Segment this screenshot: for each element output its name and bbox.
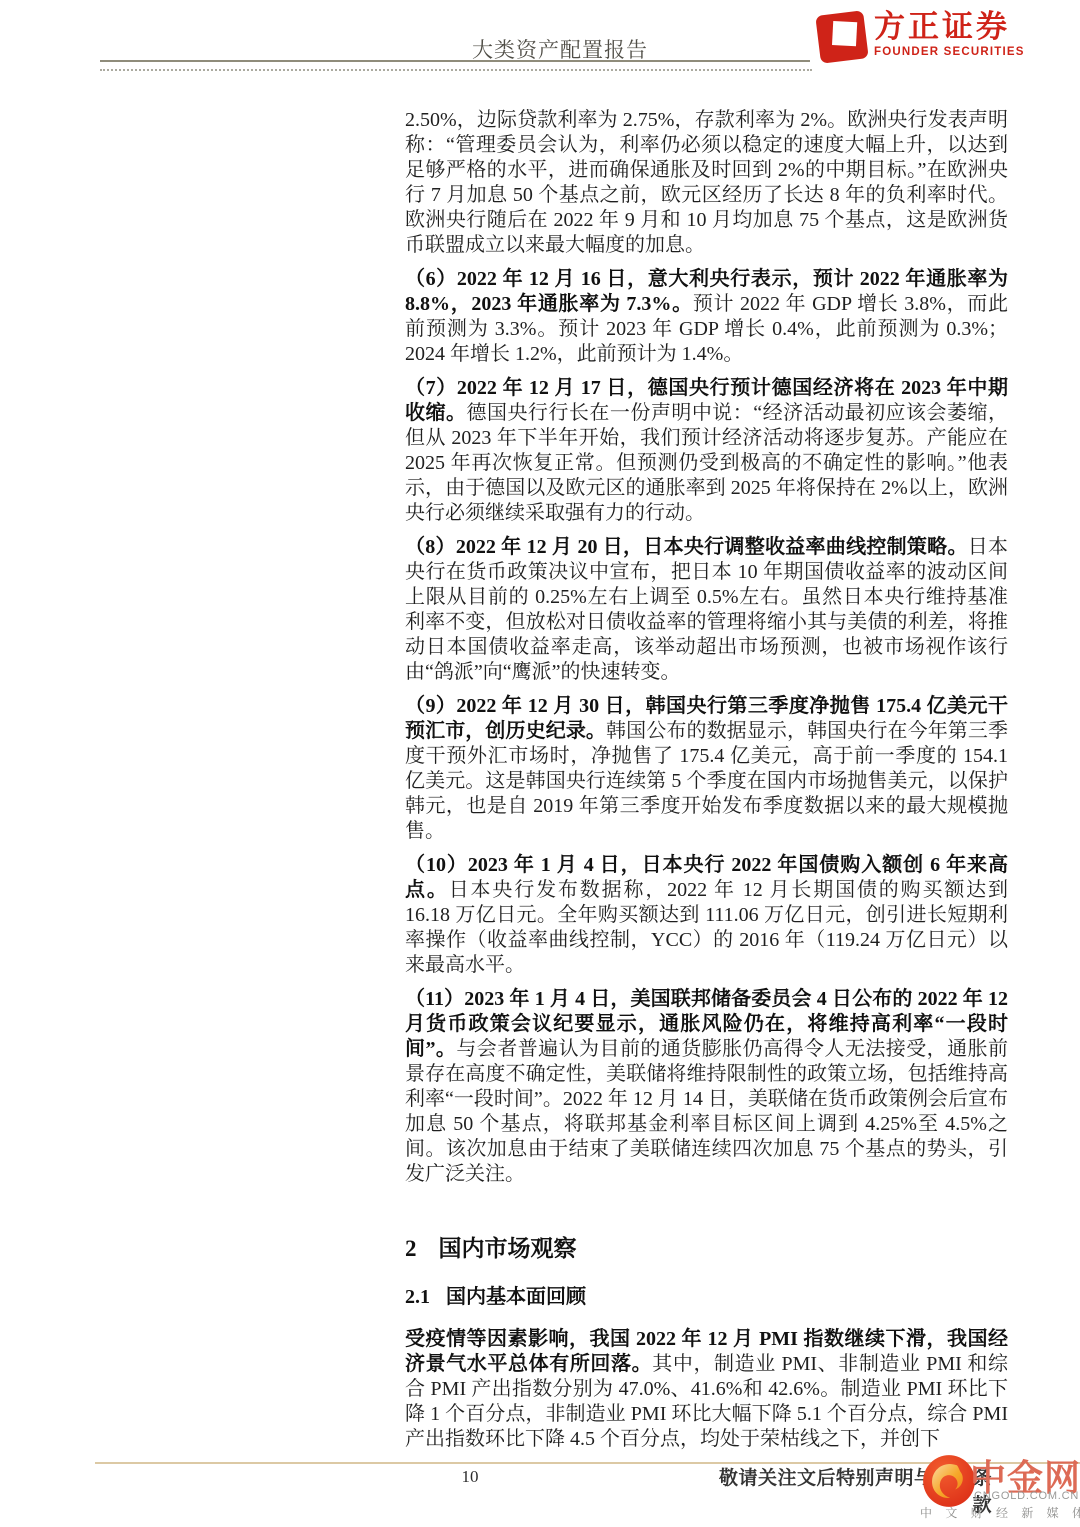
paragraph-ecb-continuation: 2.50%，边际贷款利率为 2.75%，存款利率为 2%。欧洲央行发表声明称：“… bbox=[405, 108, 1008, 258]
paragraph-text: 德国央行行长在一份声明中说：“经济活动最初应该会萎缩，但从 2023 年下半年开… bbox=[405, 402, 1008, 524]
paragraph-text: 与会者普遍认为目前的通货膨胀仍高得令人无法接受，通胀前景存在高度不确定性，美联储… bbox=[405, 1038, 1008, 1185]
paragraph-item-11: （11）2023 年 1 月 4 日，美国联邦储备委员会 4 日公布的 2022… bbox=[405, 987, 1008, 1187]
paragraph-item-8: （8）2022 年 12 月 20 日，日本央行调整收益率曲线控制策略。日本央行… bbox=[405, 535, 1008, 685]
founder-logo-icon bbox=[815, 10, 868, 63]
paragraph-text: 日本央行发布数据称，2022 年 12 月长期国债的购买额达到 16.18 万亿… bbox=[405, 879, 1008, 976]
page-number: 10 bbox=[440, 1467, 500, 1487]
paragraph-text: 2.50%，边际贷款利率为 2.75%，存款利率为 2%。欧洲央行发表声明称：“… bbox=[405, 109, 1008, 256]
brand-name-en: FOUNDER SECURITIES bbox=[874, 46, 1025, 58]
brand-name-cn: 方正证券 bbox=[874, 10, 1025, 44]
subsection-number: 2.1 bbox=[405, 1286, 430, 1308]
paragraph-lead: （8）2022 年 12 月 20 日，日本央行调整收益率曲线控制策略。 bbox=[405, 536, 968, 558]
section-number: 2 bbox=[405, 1236, 417, 1261]
cngold-tagline: 中 文 财 经 新 媒 体 bbox=[920, 1504, 1080, 1521]
cngold-logo-icon bbox=[922, 1454, 976, 1508]
subsection-title: 国内基本面回顾 bbox=[446, 1286, 586, 1308]
cngold-watermark: 中金网 CNGOLD.COM.CN 中 文 财 经 新 媒 体 bbox=[918, 1450, 1080, 1520]
subsection-heading-domestic-fundamentals: 2.1国内基本面回顾 bbox=[405, 1285, 1008, 1309]
paragraph-pmi: 受疫情等因素影响，我国 2022 年 12 月 PMI 指数继续下滑，我国经济景… bbox=[405, 1327, 1008, 1452]
paragraph-item-10: （10）2023 年 1 月 4 日，日本央行 2022 年国债购入额创 6 年… bbox=[405, 853, 1008, 978]
founder-logo-text: 方正证券 FOUNDER SECURITIES bbox=[874, 10, 1025, 58]
header-divider-dotted bbox=[100, 69, 812, 71]
founder-securities-logo: 方正证券 FOUNDER SECURITIES bbox=[818, 10, 1025, 61]
section-title: 国内市场观察 bbox=[439, 1236, 577, 1261]
report-page: 大类资产配置报告 方正证券 FOUNDER SECURITIES 2.50%，边… bbox=[0, 0, 1080, 1527]
paragraph-item-9: （9）2022 年 12 月 30 日，韩国央行第三季度净抛售 175.4 亿美… bbox=[405, 694, 1008, 844]
document-body: 2.50%，边际贷款利率为 2.75%，存款利率为 2%。欧洲央行发表声明称：“… bbox=[405, 108, 1008, 1461]
paragraph-item-6: （6）2022 年 12 月 16 日，意大利央行表示，预计 2022 年通胀率… bbox=[405, 267, 1008, 367]
section-heading-domestic-market: 2国内市场观察 bbox=[405, 1235, 1008, 1263]
header-divider-solid bbox=[100, 60, 810, 62]
cngold-domain: CNGOLD.COM.CN bbox=[974, 1490, 1079, 1502]
paragraph-text: 日本央行在货币政策决议中宣布，把日本 10 年期国债收益率的波动区间上限从目前的… bbox=[405, 536, 1008, 683]
paragraph-item-7: （7）2022 年 12 月 17 日，德国央行预计德国经济将在 2023 年中… bbox=[405, 376, 1008, 526]
